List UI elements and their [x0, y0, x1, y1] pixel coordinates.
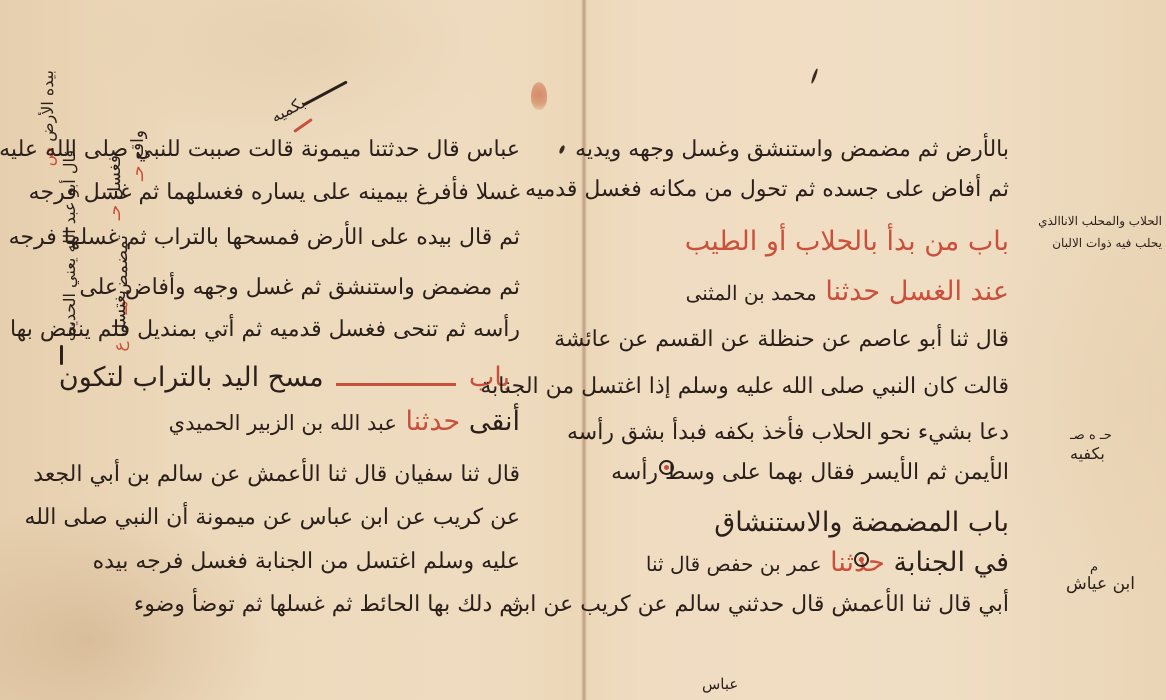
verse-end-mark: [659, 460, 674, 475]
red-mark: [293, 118, 313, 133]
ink-speck: [558, 145, 565, 155]
text-line: دعا بشيء نحو الحلاب فأخذ بكفه فبدأ بشق ر…: [567, 418, 1009, 448]
ink-speck: [810, 68, 818, 84]
chapter-heading: باب مسح اليد بالتراب لتكون: [59, 363, 510, 393]
gloss-line: يحلب فيه ذوات الالبان: [1032, 232, 1162, 254]
chapter-heading-line2: في الجنابة حدثنا عمر بن حفص قال ثنا: [646, 548, 1009, 579]
heading-black: أنقى: [469, 406, 520, 437]
red-stain: [531, 82, 547, 110]
right-text-block: بالأرض ثم مضمض واستنشق وغسل وجهه ويديه ث…: [644, 135, 1009, 595]
text-line: عن كريب عن ابن عباس عن ميمونة أن النبي ص…: [24, 503, 520, 533]
chapter-heading-line2: أنقى حدثنا عبد الله بن الزبير الحميدي: [169, 407, 520, 438]
heading-red: باب من بدأ بالحلاب أو الطيب: [685, 226, 1009, 257]
text-line: أبي قال ثنا الأعمش قال حدثني سالم عن كري…: [507, 590, 1009, 620]
text-line: عباس قال حدثتنا ميمونة قالت صببت للنبي ص…: [0, 135, 520, 165]
text-line: رأسه ثم تنحى فغسل قدميه ثم أتي بمنديل فل…: [10, 315, 520, 345]
margin-note-top: بكميه: [268, 93, 309, 127]
margin-text: بيده الأرض: [38, 70, 57, 142]
left-text-block: عباس قال حدثتنا ميمونة قالت صببت للنبي ص…: [145, 135, 520, 615]
text-line: قال ثنا أبو عاصم عن حنظلة عن القسم عن عا…: [554, 325, 1009, 355]
narrator-name: عبد الله بن الزبير الحميدي: [169, 411, 397, 435]
left-page: بكميه واقع حـ فغسل حـ تمضمض مـ يغتسل ع ب…: [0, 0, 584, 700]
chapter-heading: باب المضمضة والاستنشاق: [714, 508, 1009, 538]
margin-red-mark: حـ ه صـ: [1070, 428, 1112, 443]
text-line: غسلا فأفرغ بيمينه على يساره فغسلهما ثم غ…: [29, 178, 520, 208]
heading-black: مسح اليد بالتراب لتكون: [59, 362, 324, 393]
text-line: بالأرض ثم مضمض واستنشق وغسل وجهه ويديه: [575, 135, 1009, 165]
catchword: عباس: [702, 675, 738, 693]
heading-stroke: [336, 383, 456, 386]
heading-black: في الجنابة: [893, 547, 1009, 578]
haddathana-red: حدثنا: [825, 276, 880, 307]
heading-black: باب المضمضة والاستنشاق: [714, 507, 1009, 538]
text-line: ثم قال بيده على الأرض فمسحها بالتراب ثم …: [9, 223, 520, 253]
narrator-name: عمر بن حفص قال ثنا: [646, 552, 822, 576]
margin-note-ibn-ayyash: ابن عياش: [1066, 574, 1135, 594]
margin-red-mark: م: [1090, 560, 1098, 575]
margin-gloss-halab: الحلاب والمحلب الاناالذي يحلب فيه ذوات ا…: [1032, 210, 1162, 254]
chapter-heading-line2: عند الغسل حدثنا محمد بن المثنى: [686, 277, 1009, 308]
text-line: ثم دلك بها الحائط ثم غسلها ثم توضأ وضوء: [134, 590, 520, 620]
margin-note-bikaffayh: بكفيه: [1070, 444, 1105, 463]
gloss-line: الحلاب والمحلب الاناالذي: [1032, 210, 1162, 232]
text-line: ثم أفاض على جسده ثم تحول من مكانه فغسل ق…: [525, 175, 1009, 205]
heading-red: عند الغسل: [889, 276, 1009, 307]
right-page: بالأرض ثم مضمض واستنشق وغسل وجهه ويديه ث…: [584, 0, 1166, 700]
text-line: قال ثنا سفيان قال ثنا الأعمش عن سالم بن …: [33, 460, 520, 490]
chapter-heading: باب من بدأ بالحلاب أو الطيب: [685, 227, 1009, 257]
verse-end-mark: [854, 552, 869, 567]
manuscript-spread: بكميه واقع حـ فغسل حـ تمضمض مـ يغتسل ع ب…: [0, 0, 1166, 700]
ink-stroke: [302, 80, 348, 106]
text-line: عليه وسلم اغتسل من الجنابة فغسل فرجه بيد…: [93, 547, 520, 577]
haddathana-red: حدثنا: [405, 406, 460, 437]
text-line: قالت كان النبي صلى الله عليه وسلم إذا اغ…: [480, 372, 1009, 402]
text-line: ثم مضمض واستنشق ثم غسل وجهه وأفاض على: [79, 273, 520, 303]
narrator-name: محمد بن المثنى: [686, 281, 817, 305]
